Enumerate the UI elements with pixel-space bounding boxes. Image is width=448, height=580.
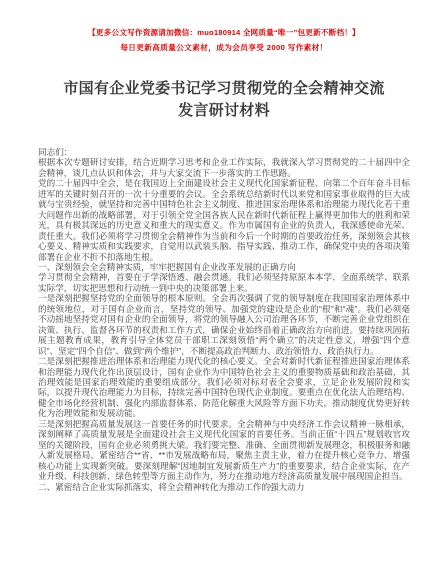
promo-line-1: 【更多公文写作资源请加微信：muo180914 全网质量“唯一”包更新不断档！】 xyxy=(0,25,448,40)
promo-line-2: 每日更新高质量公文素材，成为会员享受 2000 写作素材！ xyxy=(0,40,448,55)
paragraph: 三是深刻把握高质量发展这一首要任务的时代要求。全会精神与中央经济工作会议精神一脉… xyxy=(38,419,410,482)
paragraph: 根据本次专题研讨安排，结合近期学习思考和企业工作实际，我就深入学习贯彻党的二十届… xyxy=(38,157,410,178)
salutation: 同志们： xyxy=(38,147,410,157)
paragraph-list: 根据本次专题研讨安排，结合近期学习思考和企业工作实际，我就深入学习贯彻党的二十届… xyxy=(38,157,410,492)
paragraph: 一、深刻领会全会精神实质，牢牢把握国有企业改革发展的正确方向 xyxy=(38,262,410,272)
document-title: 市国有企业党委书记学习贯彻党的全会精神交流发言研讨材料 xyxy=(61,78,387,121)
promo-banner: 【更多公文写作资源请加微信：muo180914 全网质量“唯一”包更新不断档！】… xyxy=(0,25,448,55)
paragraph: 党的二十届四中全会，是在我国迈上全面建设社会主义现代化国家新征程、向第二个百年奋… xyxy=(38,178,410,262)
paragraph: 一是深刻把握坚持党的全面领导的根本原则。全会再次强调了党的领导制度在我国国家治理… xyxy=(38,293,410,356)
paragraph: 学习贯彻全会精神，首要在于学深悟透、融会贯通。我们必须坚持原原本本学、全面系统学… xyxy=(38,272,410,293)
paragraph: 二、紧密结合企业实际抓落实，将全会精神转化为推动工作的强大动力 xyxy=(38,482,410,492)
paragraph: 二是深刻把握推进治理体系和治理能力现代化的核心要义。全会对新时代新征程推进国家治… xyxy=(38,356,410,419)
document-page: 【更多公文写作资源请加微信：muo180914 全网质量“唯一”包更新不断档！】… xyxy=(0,0,448,580)
document-body: 同志们： 根据本次专题研讨安排，结合近期学习思考和企业工作实际，我就深入学习贯彻… xyxy=(38,147,410,492)
